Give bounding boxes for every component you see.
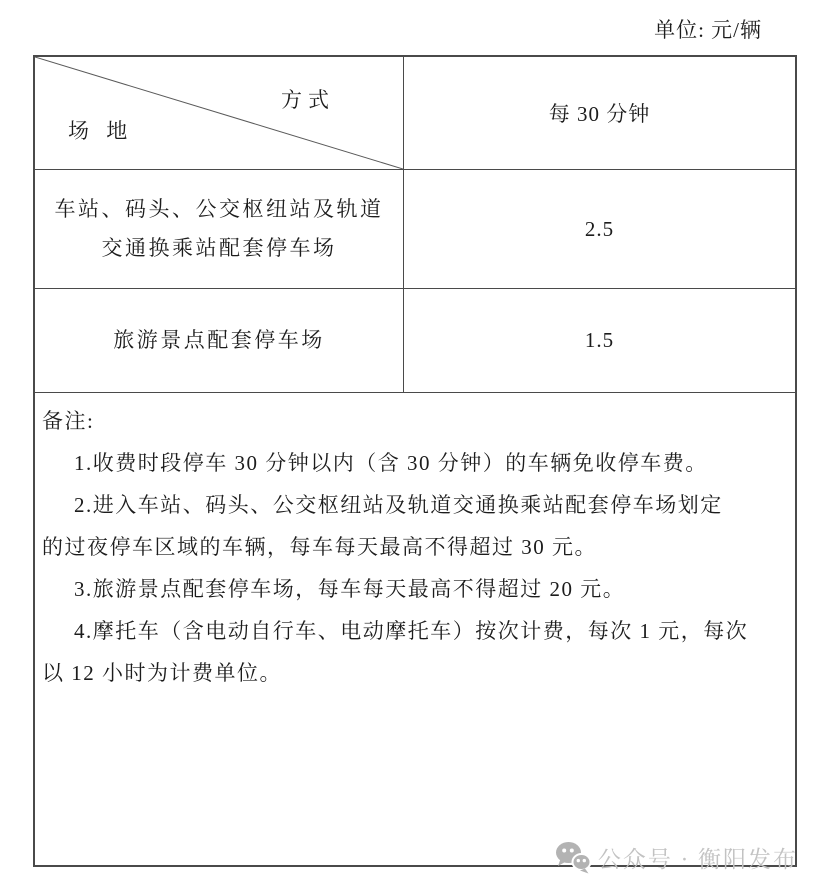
- rate-cell: 1.5: [404, 289, 795, 392]
- header-rate-cell: 每 30 分钟: [404, 57, 795, 169]
- table-row: 旅游景点配套停车场 1.5: [35, 289, 795, 393]
- venue-cell: 车站、码头、公交枢纽站及轨道 交通换乘站配套停车场: [35, 170, 404, 288]
- rate-cell: 2.5: [404, 170, 795, 288]
- note-line-2-cont: 的过夜停车区域的车辆，每车每天最高不得超过 30 元。: [42, 526, 781, 568]
- header-method-label: 方式: [281, 84, 335, 114]
- parking-fee-table: 方式 场 地 每 30 分钟 车站、码头、公交枢纽站及轨道 交通换乘站配套停车场…: [33, 55, 797, 867]
- unit-label: 单位: 元/辆: [654, 14, 762, 44]
- watermark-text: 公众号 · 衡阳发布: [598, 841, 798, 874]
- notes-cell: 备注: 1.收费时段停车 30 分钟以内（含 30 分钟）的车辆免收停车费。 2…: [35, 393, 795, 865]
- notes-row: 备注: 1.收费时段停车 30 分钟以内（含 30 分钟）的车辆免收停车费。 2…: [35, 393, 795, 865]
- note-line-4: 4.摩托车（含电动自行车、电动摩托车）按次计费，每次 1 元，每次: [42, 610, 781, 652]
- note-line-4-cont: 以 12 小时为计费单位。: [42, 652, 781, 694]
- venue-text: 旅游景点配套停车场: [113, 321, 325, 360]
- note-line-3: 3.旅游景点配套停车场，每车每天最高不得超过 20 元。: [42, 568, 781, 610]
- diagonal-line: [35, 57, 403, 169]
- table-row: 车站、码头、公交枢纽站及轨道 交通换乘站配套停车场 2.5: [35, 170, 795, 289]
- diagonal-header-cell: 方式 场 地: [35, 57, 404, 169]
- watermark: 公众号 · 衡阳发布: [555, 840, 798, 874]
- venue-cell: 旅游景点配套停车场: [35, 289, 404, 392]
- table-header-row: 方式 场 地 每 30 分钟: [35, 57, 795, 170]
- document-page: 单位: 元/辆 方式 场 地 每 30 分钟 车站、码头、公交枢纽站及轨道 交通…: [0, 0, 826, 894]
- note-line-1: 1.收费时段停车 30 分钟以内（含 30 分钟）的车辆免收停车费。: [42, 442, 781, 484]
- note-line-2: 2.进入车站、码头、公交枢纽站及轨道交通换乘站配套停车场划定: [42, 484, 781, 526]
- notes-heading: 备注:: [42, 400, 781, 442]
- wechat-icon: [555, 840, 591, 874]
- header-venue-label: 场 地: [68, 115, 133, 145]
- venue-text: 车站、码头、公交枢纽站及轨道 交通换乘站配套停车场: [55, 190, 384, 268]
